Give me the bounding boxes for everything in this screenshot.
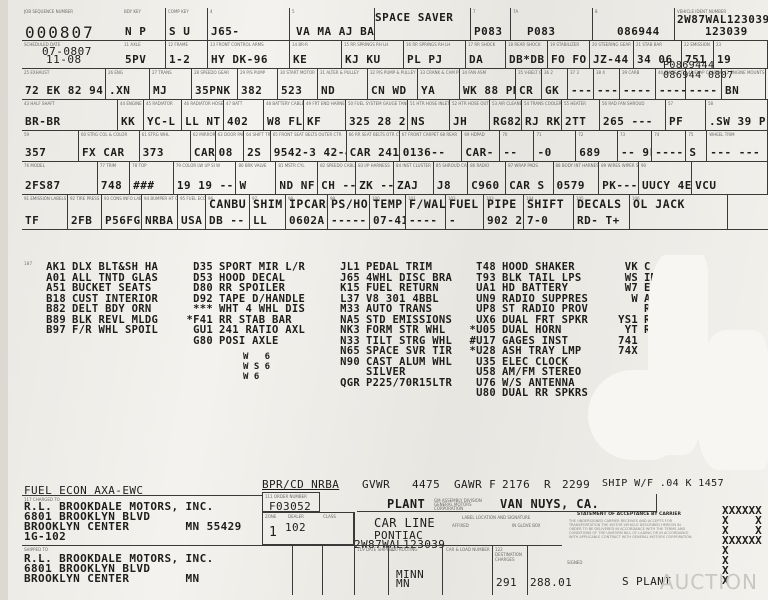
bpr-cd: BPR/CD NRBA bbox=[262, 478, 339, 491]
row6-cell: 76 MODEL2FS87 bbox=[22, 162, 98, 194]
row3-cell: 26 ENG.XN bbox=[106, 69, 150, 99]
field-value: CN WD bbox=[371, 84, 407, 97]
row6-cell: 85 SHROUD CABLESJ8 bbox=[434, 162, 468, 194]
field-4: 4 J65- bbox=[208, 8, 290, 40]
row8-cell: 07-41 bbox=[370, 211, 406, 229]
row3-cell: 39 CARB---- bbox=[620, 69, 656, 99]
field-value: CAR 2411 bbox=[350, 146, 400, 159]
row3-cell: 28 SPEEDO GEAR35PNK I - bbox=[192, 69, 238, 99]
row4-cell: 47 BATT402 bbox=[224, 100, 264, 130]
field-value: ----- bbox=[331, 214, 367, 227]
field-value: RG82 bbox=[493, 115, 522, 128]
row5-cell: 62 MIRRORCAR bbox=[191, 131, 216, 161]
row6-cell: 86 RADIOC960 bbox=[468, 162, 506, 194]
field-value: 373 bbox=[143, 146, 164, 159]
option-code: G80 bbox=[183, 336, 213, 347]
field-value: --- --- bbox=[710, 146, 760, 159]
field-value: ---- bbox=[597, 84, 620, 97]
option-item: B97F/R WHL SPOIL bbox=[36, 325, 158, 336]
field-value: NRBA bbox=[145, 214, 174, 227]
row5-cell: 60 STRG COL & COLORFX CAR bbox=[79, 131, 140, 161]
field-value: ### bbox=[133, 179, 154, 192]
field-value: 0602A bbox=[289, 214, 325, 227]
job-sequence-cell: JOB SEQUENCE NUMBER 000807 bbox=[22, 8, 122, 40]
field-value: .XN bbox=[109, 84, 130, 97]
field-value: -- bbox=[503, 146, 517, 159]
field-value: ---- bbox=[623, 84, 652, 97]
field-value: PK--- bbox=[602, 179, 638, 192]
destination-charges-b: 288.01 bbox=[530, 576, 572, 589]
row8-cell: ----- bbox=[328, 211, 370, 229]
option-code: N90 bbox=[330, 357, 360, 368]
field-value: WK 88 PN bbox=[463, 84, 516, 97]
order-number-box: 111 ORDER NUMBER F03052 bbox=[262, 492, 320, 512]
field-value: JZ-44 bbox=[593, 53, 629, 66]
field-value: 72 EK 82 94 bbox=[25, 84, 103, 97]
field-value: DECALS bbox=[577, 197, 622, 211]
option-description: P225/70R15LTR bbox=[366, 377, 452, 389]
shipped-to-address: R.L. BROOKDALE MOTORS, INC. 6801 BROOKLY… bbox=[24, 554, 214, 584]
field-5: 5 VA MA AJ BA -AJ BA MA bbox=[290, 8, 375, 40]
row6-cell: 81 MSTR CYLND NF bbox=[276, 162, 318, 194]
field-value: F/WALL bbox=[409, 197, 446, 211]
row3-cell: 30 START MOTOR523 bbox=[278, 69, 318, 99]
field-value: FUEL bbox=[449, 197, 479, 211]
field-value: 2FB bbox=[71, 214, 92, 227]
row5-cell: 63 DOOR PADS08 bbox=[216, 131, 244, 161]
row2cells-cell: 2319 bbox=[714, 41, 768, 68]
field-value: DA bbox=[469, 53, 483, 66]
row8-cell: P56FGK bbox=[102, 211, 142, 229]
field-value: TEMP bbox=[373, 197, 403, 211]
row4-cell: 46 RADIATOR HOSESLL NT bbox=[182, 100, 224, 130]
field-value: KE bbox=[293, 53, 307, 66]
row5-cell: 65 FRONT SEAT BELTS OUTER CTR9542-3 42-4… bbox=[271, 131, 347, 161]
row4-cell: 53 AIR CLEANERRG82 bbox=[490, 100, 522, 130]
row7-cell: 105DECALS bbox=[574, 195, 630, 211]
torn-area bbox=[588, 370, 678, 460]
row3-cell: 38 4---- bbox=[594, 69, 620, 99]
row5-cell: 73-- 9L bbox=[618, 131, 652, 161]
option-code: T48 bbox=[466, 262, 496, 273]
field-value: GK bbox=[545, 84, 559, 97]
row7-cell: 103PIPE bbox=[484, 195, 524, 211]
row3-cell: 27 TRANSMJ bbox=[150, 69, 192, 99]
row3-cell: 31 ALTER & PULLEYND bbox=[318, 69, 368, 99]
row5-cell: 75S bbox=[686, 131, 707, 161]
row7-cell: 102FUEL bbox=[446, 195, 484, 211]
option-code: *U28 bbox=[466, 346, 496, 357]
field-value: KJ KU bbox=[345, 53, 381, 66]
row6-cell: VCU bbox=[692, 162, 768, 194]
gawr-front: 2176 bbox=[502, 478, 530, 491]
field-value: 19 19 -- -- bbox=[177, 179, 237, 192]
field-value: YC-L bbox=[147, 115, 176, 128]
row-7: 91 EMISSION LABELS92 TIRE PRESS LABEL CO… bbox=[22, 195, 768, 211]
field-value: -0 bbox=[537, 146, 551, 159]
carrier-statement: STATEMENT OF ACCEPTANCE BY CARRIER THE U… bbox=[567, 512, 697, 552]
row7-cell: 100TEMP bbox=[370, 195, 406, 211]
field-value: 689 bbox=[579, 146, 600, 159]
row7-cell: 99PS/HO bbox=[328, 195, 370, 211]
option-description: POSI AXLE bbox=[219, 335, 279, 347]
option-description: F/R WHL SPOIL bbox=[72, 324, 158, 336]
field-value: 748 bbox=[101, 179, 122, 192]
field-value: S bbox=[689, 146, 696, 159]
field-value: 325 28 213 bbox=[349, 115, 408, 128]
row8-cell: 0602A bbox=[286, 211, 328, 229]
field-value: VCU bbox=[695, 179, 716, 192]
field-value: 2S bbox=[247, 146, 261, 159]
field-value: 902 221 bbox=[487, 214, 524, 227]
field-value: DB -- bbox=[209, 214, 245, 227]
row-5: 5935760 STRG COL & COLORFX CAR61 STRG WH… bbox=[22, 131, 768, 162]
row4-cell: 43 HALF SHAFTBR-BR bbox=[22, 100, 118, 130]
row-2: SCHEDULED DATE 07-0807 11-08 11 AXLE5PV1… bbox=[22, 41, 768, 69]
row-4: 43 HALF SHAFTBR-BR44 ENGINE HARNESSKK45 … bbox=[22, 100, 768, 131]
option-code: K15 bbox=[330, 283, 360, 294]
row4-cell: 56 RAD FAN SHROUD265 --- bbox=[600, 100, 666, 130]
field-value: 5PV bbox=[125, 53, 146, 66]
field-value: ---- bbox=[409, 214, 438, 227]
field-value: TF bbox=[25, 214, 39, 227]
body-key-cell: BDY KEY N P bbox=[122, 8, 166, 40]
option-code: W7 bbox=[608, 283, 638, 294]
gawr-rear: 2299 bbox=[562, 478, 590, 491]
field-value: 382 bbox=[241, 84, 262, 97]
row4-cell: 57PF bbox=[666, 100, 706, 130]
field-value: PIPE bbox=[487, 197, 517, 211]
ship-weight: SHIP W/F .04 K 1457 bbox=[602, 478, 724, 489]
row7-cell: 96CANBU bbox=[206, 195, 250, 211]
field-value: DB*DB bbox=[509, 53, 545, 66]
field-value: .SW 39 P bbox=[709, 115, 766, 128]
field-value: 2TT bbox=[565, 115, 586, 128]
row5-cell: 71-0 bbox=[534, 131, 576, 161]
option-code: VK bbox=[608, 262, 638, 273]
row4-cell: 45 RADIATORYC-L bbox=[144, 100, 182, 130]
option-code: UP8 bbox=[466, 304, 496, 315]
field-value: RD- T+ bbox=[577, 214, 620, 227]
option-code: AK1 bbox=[36, 262, 66, 273]
option-code: QGR bbox=[330, 378, 360, 389]
option-code: M33 bbox=[330, 304, 360, 315]
row2cells-cell: 20 STEERING GEARJZ-44 bbox=[590, 41, 634, 68]
row6-cell: 83 I/P HARNESSZK --- bbox=[356, 162, 394, 194]
field-6: SPACE SAVER bbox=[375, 8, 471, 40]
field-7: 7 P083 bbox=[471, 8, 511, 40]
option-code: U80 bbox=[466, 388, 496, 399]
row8-cell: DB -- bbox=[206, 211, 250, 229]
shipping-section: FUEL ECON AXA-EWC BPR/CD NRBA GVWR 4475 … bbox=[22, 478, 768, 600]
field-value: C960 bbox=[471, 179, 500, 192]
zone-dealer-box: ZONE DEALER CLASS 1 102 bbox=[262, 512, 354, 545]
option-code: N65 bbox=[330, 346, 360, 357]
row3-cell: 36 2GK bbox=[542, 69, 568, 99]
field-value: HY DK-96 bbox=[211, 53, 268, 66]
field-value: 265 --- bbox=[603, 115, 653, 128]
field-value: 0579 bbox=[557, 179, 586, 192]
option-code: D80 bbox=[183, 283, 213, 294]
row2cells-cell: 15 RR SPRINGS RH LHKJ KU bbox=[342, 41, 404, 68]
field-7a: 7A P083 bbox=[511, 8, 593, 40]
row5-cell: 74---- bbox=[652, 131, 686, 161]
code-grid: JOB SEQUENCE NUMBER 000807 BDY KEY N P C… bbox=[22, 8, 768, 230]
field-value: FO FO bbox=[551, 53, 587, 66]
comp-key-cell: COMP KEY S U bbox=[166, 8, 208, 40]
row7-cell: 106OL JACK bbox=[630, 195, 728, 211]
field-value: CR bbox=[519, 84, 533, 97]
options-column-4: T48HOOD SHAKERT93BLK TAIL LPSUA1HD BATTE… bbox=[466, 262, 588, 399]
field-value: RJ RK bbox=[525, 115, 561, 128]
header-row: JOB SEQUENCE NUMBER 000807 BDY KEY N P C… bbox=[22, 8, 768, 41]
field-value: 402 bbox=[227, 115, 248, 128]
field-value: OL JACK bbox=[633, 197, 685, 211]
row-8: TF2FBP56FGKNRBAUSADB --LL0602A-----07-41… bbox=[22, 211, 768, 230]
row6-cell: 89 WIRES WIPER SWPK--- bbox=[599, 162, 639, 194]
field-value: 07-41 bbox=[373, 214, 406, 227]
field-value: PS/HO bbox=[331, 197, 368, 211]
field-value: CANBU bbox=[209, 197, 246, 211]
field-value: LL NT bbox=[185, 115, 221, 128]
row2cells-cell: 19 STABILIZERFO FO bbox=[548, 41, 590, 68]
row2cells-cell: 17 RR SHOCKDA bbox=[466, 41, 506, 68]
row4-cell: 44 ENGINE HARNESSKK bbox=[118, 100, 144, 130]
row6-cell: 88 BODY INT HARNESS0579 bbox=[554, 162, 600, 194]
field-value: ---- bbox=[659, 84, 686, 97]
row2cells-cell: 12 FRAME1-2 bbox=[166, 41, 208, 68]
stamp-marks: W 6 W S 6 W 6 bbox=[243, 352, 270, 382]
field-value: 0136-- bbox=[403, 146, 446, 159]
row3-cell: 37 3---- bbox=[568, 69, 594, 99]
row6-cell: 82 SPEEDO CABLECH -- bbox=[318, 162, 356, 194]
routing: MINN MN bbox=[396, 570, 424, 588]
field-value: CAR bbox=[194, 146, 215, 159]
row6-cell: 77 TRIM748 bbox=[98, 162, 130, 194]
field-24-bottom: 086944 0807 bbox=[663, 70, 734, 81]
field-value: 08 bbox=[219, 146, 233, 159]
option-code: GU1 bbox=[183, 325, 213, 336]
option-code: *** bbox=[183, 304, 213, 315]
row5-cell: 61 STRG WHL373 bbox=[140, 131, 191, 161]
option-code: B97 bbox=[36, 325, 66, 336]
row8-cell: - bbox=[446, 211, 484, 229]
field-value: YA bbox=[421, 84, 435, 97]
field-value: J8 bbox=[437, 179, 451, 192]
field-value: SHIM bbox=[253, 197, 283, 211]
gvwr: 4475 bbox=[412, 478, 440, 491]
option-code: *U05 bbox=[466, 325, 496, 336]
field-value: MJ bbox=[153, 84, 167, 97]
option-item: G80POSI AXLE bbox=[183, 336, 305, 347]
option-code: YT bbox=[608, 325, 638, 336]
option-description: DUAL RR SPKRS bbox=[502, 387, 588, 399]
field-value: BR-BR bbox=[25, 115, 61, 128]
row8-cell: LL bbox=[250, 211, 286, 229]
zone: 1 bbox=[269, 525, 277, 540]
field-value: ---- bbox=[655, 146, 684, 159]
row4-cell: 58.SW 39 P bbox=[706, 100, 768, 130]
row3-cell: 32 P/S PUMP & PULLEYCN WD bbox=[368, 69, 418, 99]
row7-cell: 94 BUMPER HT CODE bbox=[142, 195, 178, 211]
option-code: U58 bbox=[466, 367, 496, 378]
row8-cell: ---- bbox=[406, 211, 446, 229]
field-value: 9542-3 42-43 bbox=[274, 146, 347, 159]
field-value: 19 bbox=[717, 53, 731, 66]
row5-cell: WHEEL TRIM--- --- bbox=[707, 131, 768, 161]
row2cells-cell: 16 RR SPRINGS RH LHPL PJ bbox=[404, 41, 466, 68]
row7-cell: 98IPCARR bbox=[286, 195, 328, 211]
row2cells-cell: 14 BR-RKE bbox=[290, 41, 342, 68]
row5-cell: 72689 bbox=[576, 131, 618, 161]
charged-to-address: R.L. BROOKDALE MOTORS, INC. 6801 BROOKLY… bbox=[24, 502, 242, 542]
row4-cell: 55 HEATER2TT bbox=[562, 100, 600, 130]
field-value: - bbox=[449, 214, 456, 227]
row7-cell: 97SHIM bbox=[250, 195, 286, 211]
row7-cell: 92 TIRE PRESS LABEL CODE bbox=[68, 195, 102, 211]
field-value: ND NF bbox=[279, 179, 315, 192]
row3-cell: 25 EXHAUST72 EK 82 94 bbox=[22, 69, 106, 99]
job-sequence-number: 000807 bbox=[25, 23, 95, 40]
destination-charges-a: 291 bbox=[496, 576, 517, 589]
row8-cell: 7-0 bbox=[524, 211, 574, 229]
row3-cell: 34 FAN ASMWK 88 PN bbox=[460, 69, 516, 99]
row4-cell: 49 FRT END HARNESSKF bbox=[304, 100, 346, 130]
row-6: 76 MODEL2FS8777 TRIM74878 TOP###79 COLOR… bbox=[22, 162, 768, 195]
vin-cell: VEHICLE IDENT NUMBER 2W87WAL123039 12303… bbox=[675, 8, 768, 40]
field-value: KF bbox=[307, 115, 321, 128]
row5-cell: 59357 bbox=[22, 131, 79, 161]
schedule-date-cell: SCHEDULED DATE 07-0807 11-08 bbox=[22, 41, 122, 68]
options-column-3: JL1PEDAL TRIMJ654WHL DISC BRAK15FUEL RET… bbox=[330, 262, 452, 388]
row7-cell: 95 FUEL ECON LABEL bbox=[178, 195, 206, 211]
option-code: D35 bbox=[183, 262, 213, 273]
row2cells-cell: 13 FRONT CONTROL ARMSHY DK-96 bbox=[208, 41, 290, 68]
row5-cell: 66 RR SEAT BELTS OTR CTRCAR 2411 bbox=[347, 131, 400, 161]
field-value: 35PNK I - bbox=[195, 84, 238, 97]
option-code: NK3 bbox=[330, 325, 360, 336]
row8-cell: 902 221 bbox=[484, 211, 524, 229]
field-value: W8 FL bbox=[267, 115, 303, 128]
row6-cell: 80 BRK VALVEW bbox=[236, 162, 276, 194]
row8-cell: 2FB bbox=[68, 211, 102, 229]
dealer: 102 bbox=[285, 521, 306, 534]
field-value: SHIFT bbox=[527, 197, 564, 211]
row3-cell: 29 P/S PUMP382 bbox=[238, 69, 278, 99]
option-item: QGRP225/70R15LTR bbox=[330, 378, 452, 389]
option-code: JL1 bbox=[330, 262, 360, 273]
field-value: PF bbox=[669, 115, 683, 128]
row5-cell: 69 HDPADCAR- bbox=[462, 131, 500, 161]
field-value: 523 bbox=[281, 84, 302, 97]
field-value: USA bbox=[181, 214, 202, 227]
row5-cell: 70-- bbox=[500, 131, 534, 161]
row3-cell: 35 V-BELT GROOVE 1CR bbox=[516, 69, 542, 99]
field-value: CAR- bbox=[465, 146, 494, 159]
field-value: ZK --- bbox=[359, 179, 394, 192]
field-value: NS bbox=[411, 115, 425, 128]
option-item: U80DUAL RR SPKRS bbox=[466, 388, 588, 399]
options-column-1: AK1DLX BLT&SH HAA01ALL TNTD GLASA51BUCKE… bbox=[36, 262, 158, 336]
field-value: ZAJ bbox=[397, 179, 418, 192]
field-value: 2FS87 bbox=[25, 179, 61, 192]
row3-cell: 33 CRANK & CAM PULLEYYA bbox=[418, 69, 460, 99]
field-value: W bbox=[239, 179, 246, 192]
option-code: W bbox=[608, 294, 638, 305]
field-value: ---- bbox=[689, 84, 718, 97]
option-code: 74X bbox=[608, 346, 638, 357]
field-value: BN bbox=[725, 84, 739, 97]
option-code: UA1 bbox=[466, 283, 496, 294]
row7-cell: 104SHIFT bbox=[524, 195, 574, 211]
row6-cell: 84 INST CLUSTERZAJ bbox=[394, 162, 434, 194]
row7-cell: 93 CONS INFO LABEL CODE bbox=[102, 195, 142, 211]
field-value: ND bbox=[321, 84, 335, 97]
row7-cell: 91 EMISSION LABELS bbox=[22, 195, 68, 211]
row6-cell: 87 WRAP PADSCAR S bbox=[506, 162, 553, 194]
row8-cell: RD- T+ bbox=[574, 211, 630, 229]
row5-cell: 64 SHIFT TRIM2S bbox=[244, 131, 271, 161]
field-value: -- 9L bbox=[621, 146, 652, 159]
field-value: P56FGK bbox=[105, 214, 142, 227]
field-value: 1-2 bbox=[169, 53, 190, 66]
field-value: JH bbox=[453, 115, 467, 128]
row6-cell: 79 COLOR LW UP SI W19 19 -- -- bbox=[174, 162, 237, 194]
row4-cell: 50 FUEL SYSTEM GAUGE TANK325 28 213 bbox=[346, 100, 408, 130]
field-value: IPCARR bbox=[289, 197, 328, 211]
row-3: 25 EXHAUST72 EK 82 9426 ENG.XN27 TRANSMJ… bbox=[22, 69, 768, 100]
field-value: KK bbox=[121, 115, 135, 128]
field-8: 8 086944 bbox=[593, 8, 675, 40]
field-value: 7-0 bbox=[527, 214, 548, 227]
row8-cell: NRBA bbox=[142, 211, 178, 229]
field-value: CAR S bbox=[509, 179, 545, 192]
row6-cell: 90UUCY 4E bbox=[639, 162, 692, 194]
torn-area bbox=[698, 330, 768, 470]
field-value: UUCY 4E bbox=[642, 179, 692, 192]
row8-cell: TF bbox=[22, 211, 68, 229]
option-code: B82 bbox=[36, 304, 66, 315]
row2cells-cell: 11 AXLE5PV bbox=[122, 41, 166, 68]
options-column-2: D35SPORT MIR L/RD53HOOD DECALD80RR SPOIL… bbox=[183, 262, 305, 346]
row5-cell: 67 FRONT CARPET 68 REAR0136-- bbox=[400, 131, 463, 161]
build-sheet: JOB SEQUENCE NUMBER 000807 BDY KEY N P C… bbox=[8, 0, 768, 600]
field-value: 357 bbox=[25, 146, 46, 159]
field-value: LL bbox=[253, 214, 267, 227]
row2cells-cell: 18 REAR SHOCKDB*DB bbox=[506, 41, 548, 68]
row7-cell: 101F/WALL bbox=[406, 195, 446, 211]
field-value: ---- bbox=[571, 84, 594, 97]
row4-cell: 54 TRANS COOLER INLET OUTLETRJ RK bbox=[522, 100, 562, 130]
row4-cell: 48 BATTERY CABLESW8 FL bbox=[264, 100, 304, 130]
row8-cell: USA bbox=[178, 211, 206, 229]
row4-cell: 52 HTR HOSE OUTLETJH bbox=[450, 100, 490, 130]
row6-cell: 78 TOP### bbox=[130, 162, 174, 194]
field-value: CH -- bbox=[321, 179, 356, 192]
row4-cell: 51 HTR HOSE INLETNS bbox=[408, 100, 450, 130]
row8-cell bbox=[630, 211, 728, 229]
option-code: A51 bbox=[36, 283, 66, 294]
field-value: FX CAR bbox=[82, 146, 125, 159]
field-value: PL PJ bbox=[407, 53, 443, 66]
auction-watermark: AUCTION bbox=[660, 570, 758, 594]
